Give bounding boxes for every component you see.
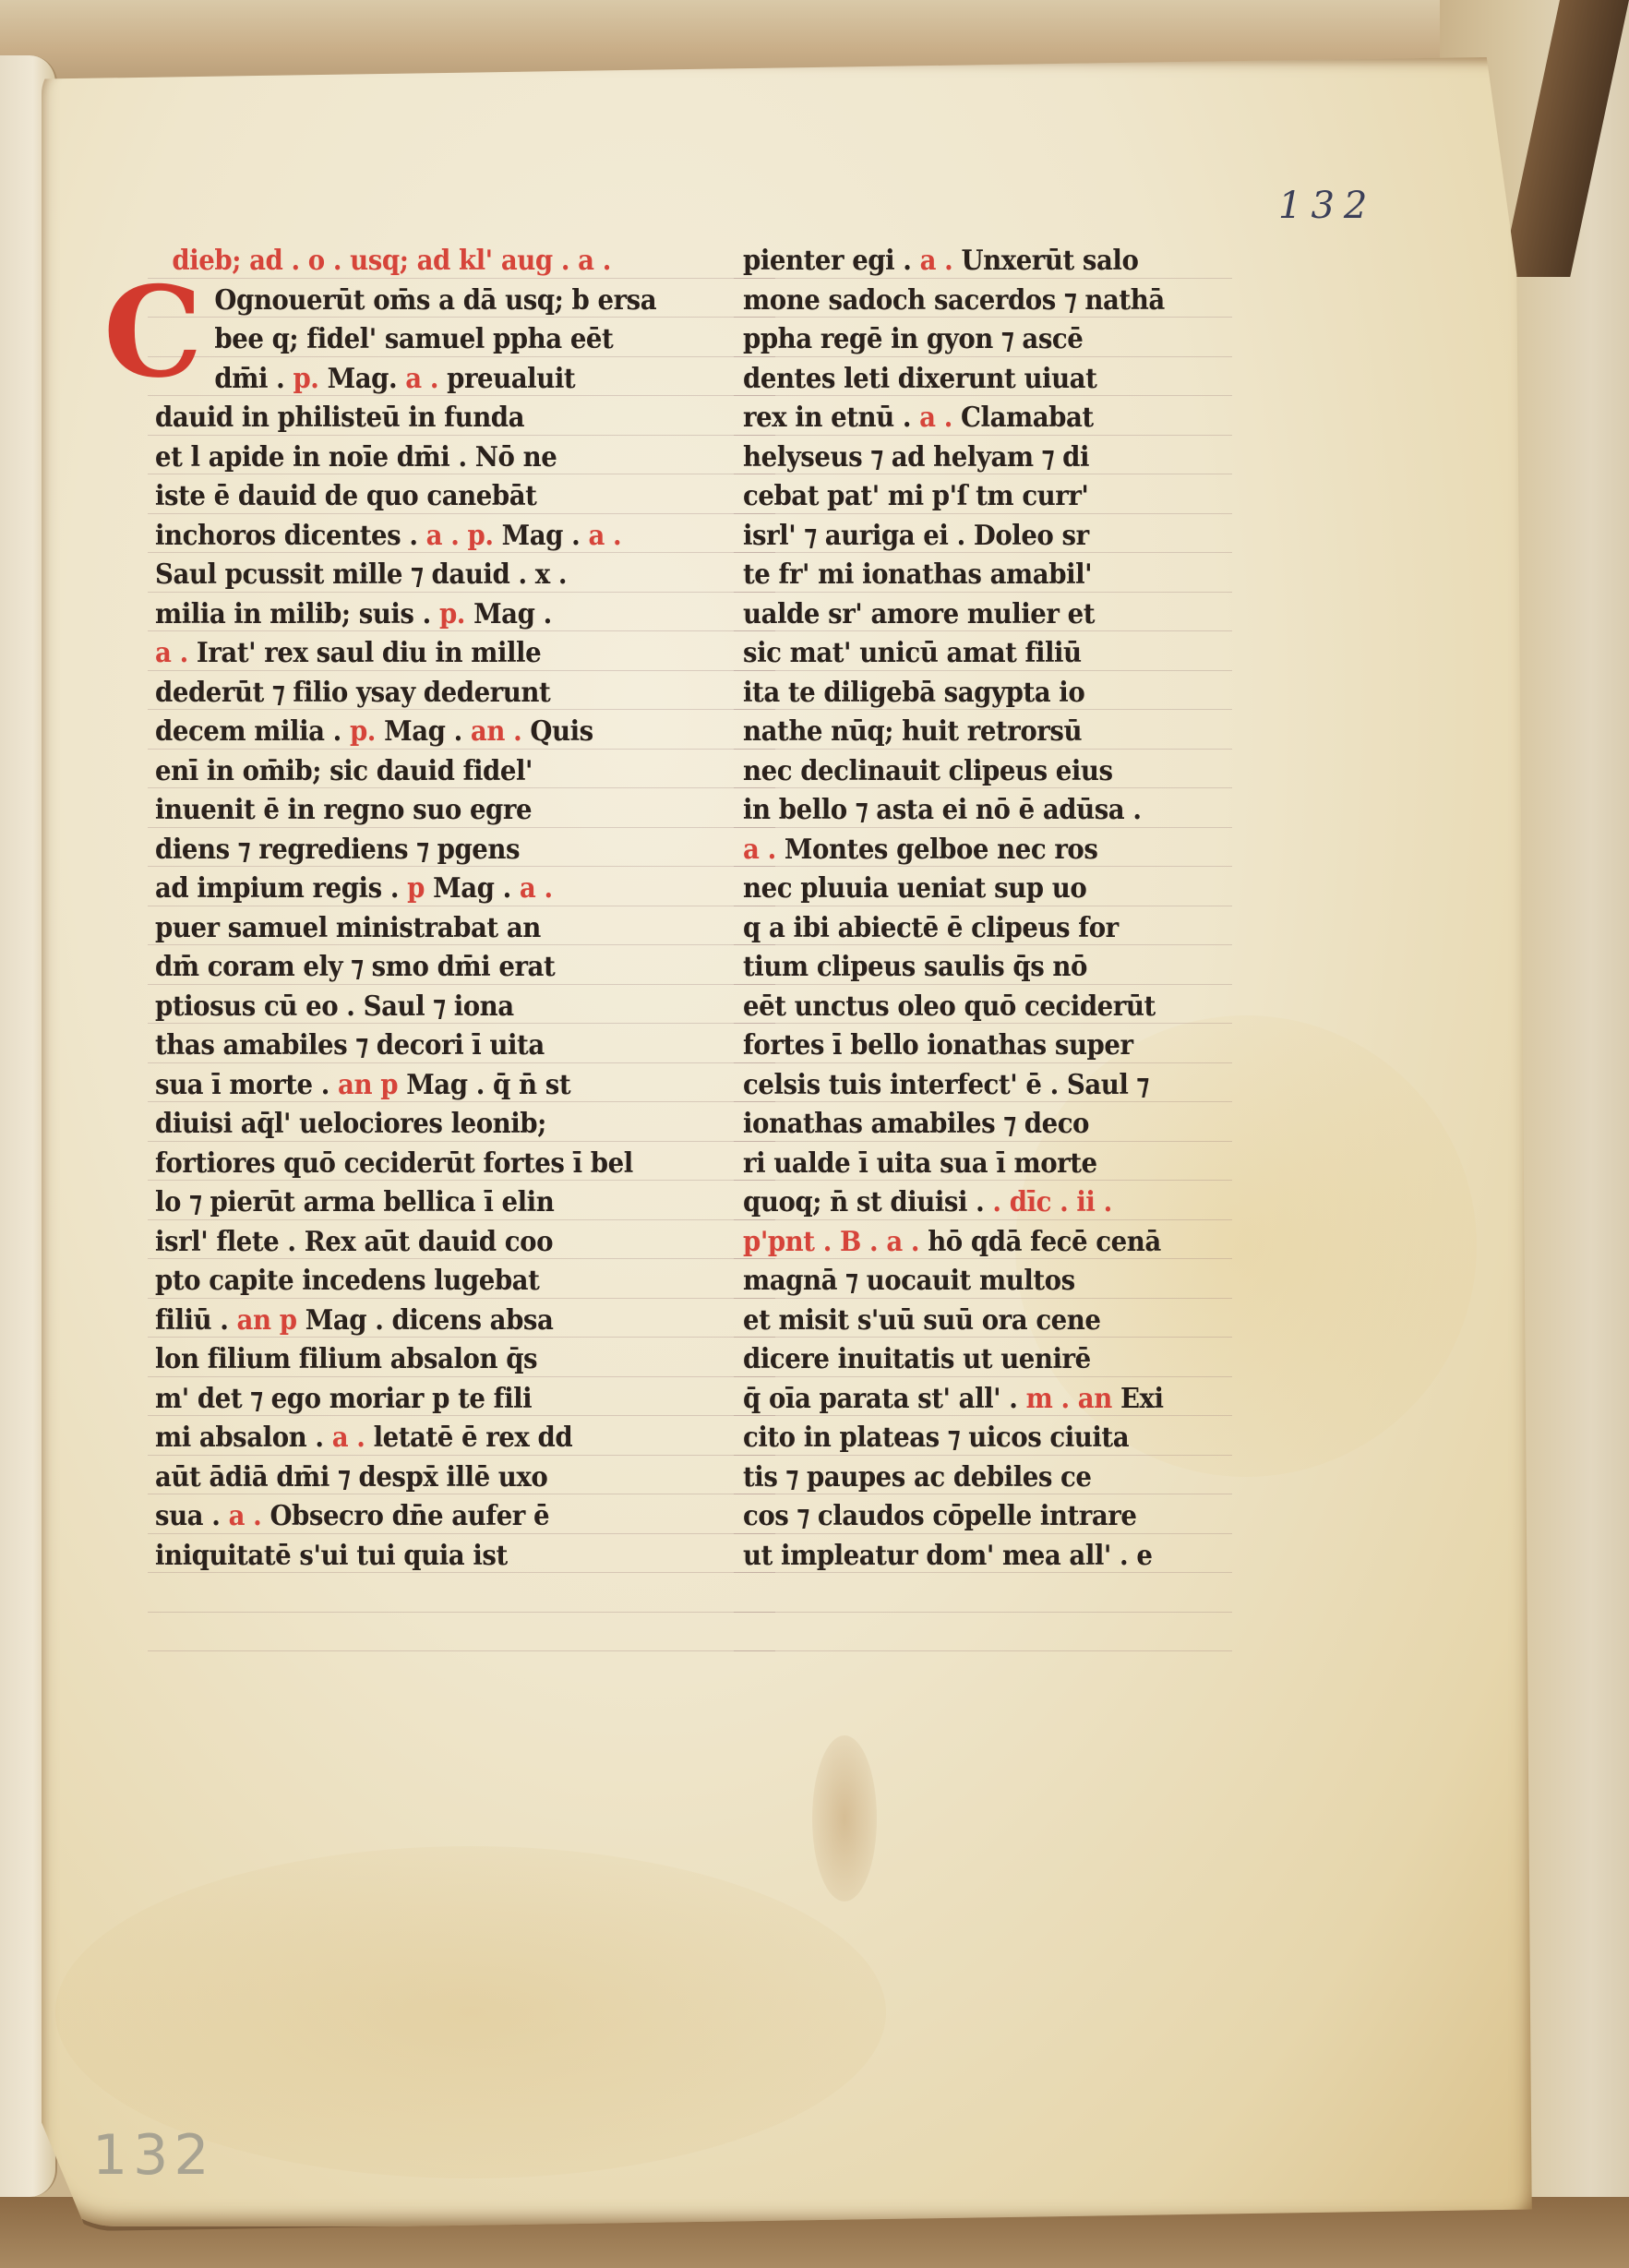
text-line: dentes leti dixerunt uiuat	[743, 360, 1202, 400]
body-text: letatē ē rex dd	[374, 1422, 573, 1454]
text-line: nec declinauit clipeus eius	[743, 752, 1202, 792]
text-line: helyseus ⁊ ad helyam ⁊ di	[743, 438, 1202, 478]
body-text: ad impium regis .	[155, 872, 407, 905]
text-line: eēt unctus oleo quō ceciderūt	[743, 988, 1202, 1027]
text-line: q̄ oīa parata st' all' . m . an Exi	[743, 1380, 1202, 1420]
body-text: dicere inuitatis ut uenirē	[743, 1343, 1091, 1375]
rubric-text: a .	[919, 402, 961, 434]
body-text: bee q; fidel' samuel ppha eēt	[214, 323, 613, 355]
body-text: dm̄i .	[214, 363, 293, 395]
text-line: rex in etnū . a . Clamabat	[743, 399, 1202, 438]
text-line: dauid in philisteū in funda	[155, 399, 715, 438]
rubric-text: an p	[338, 1069, 406, 1101]
text-line: cos ⁊ claudos cōpelle intrare	[743, 1497, 1202, 1537]
text-line: lon filium filium absalon q̄s	[155, 1340, 715, 1380]
body-text: Saul pcussit mille ⁊ dauid . x .	[155, 558, 567, 591]
text-line: magnā ⁊ uocauit multos	[743, 1262, 1202, 1302]
body-text: rex in etnū .	[743, 402, 919, 434]
body-text: fortes ī bello ionathas super	[743, 1029, 1133, 1062]
text-line: decem milia . p. Mag . an . Quis	[155, 713, 715, 752]
body-text: dentes leti dixerunt uiuat	[743, 363, 1096, 395]
text-line: dieb; ad . o . usq; ad kl' aug . a .	[155, 242, 715, 282]
text-line: isrl' ⁊ auriga ei . Doleo sr	[743, 517, 1202, 557]
body-text: et misit s'uū suū ora cene	[743, 1304, 1100, 1337]
text-line: bee q; fidel' samuel ppha eēt	[155, 320, 715, 360]
body-text: eēt unctus oleo quō ceciderūt	[743, 990, 1156, 1023]
ruling-line	[734, 1650, 1232, 1651]
text-line: pto capite incedens lugebat	[155, 1262, 715, 1302]
body-text: in bello ⁊ asta ei nō ē adūsa .	[743, 794, 1142, 826]
rubric-text: a .	[588, 520, 621, 552]
text-line: in bello ⁊ asta ei nō ē adūsa .	[743, 791, 1202, 831]
text-line: ut impleatur dom' mea all' . e	[743, 1537, 1202, 1577]
body-text: iste ē dauid de quo canebāt	[155, 480, 536, 512]
text-line: Ognouerūt om̄s a dā usq; b ersa	[155, 282, 715, 321]
body-text: q̄ oīa parata st' all' .	[743, 1383, 1026, 1415]
text-line: nathe nūq; huit retrorsū	[743, 713, 1202, 752]
body-text: inchoros dicentes .	[155, 520, 426, 552]
body-text: ppha regē in gyon ⁊ ascē	[743, 323, 1083, 355]
text-line: mone sadoch sacerdos ⁊ nathā	[743, 282, 1202, 321]
text-line: inchoros dicentes . a . p. Mag . a .	[155, 517, 715, 557]
text-line: iniquitatē s'ui tui quia ist	[155, 1537, 715, 1577]
body-text: Quis	[530, 715, 593, 748]
body-text: enī in om̄ib; sic dauid fidel'	[155, 755, 533, 787]
body-text: helyseus ⁊ ad helyam ⁊ di	[743, 441, 1089, 474]
body-text: fortiores quō ceciderūt fortes ī bel	[155, 1147, 633, 1180]
body-text: Obsecro dn̄e aufer ē	[270, 1500, 549, 1532]
rubric-text: a . p.	[426, 520, 502, 552]
text-line: ri ualde ī uita sua ī morte	[743, 1145, 1202, 1184]
text-line: cebat pat' mi p'ſ tm curr'	[743, 477, 1202, 517]
rubric-text: a .	[229, 1500, 270, 1532]
text-line: te fr' mi ionathas amabil'	[743, 556, 1202, 595]
folio-number: 132	[1278, 185, 1376, 227]
rubric-text: a .	[520, 872, 553, 905]
body-text: isrl' flete . Rex aūt dauid coo	[155, 1226, 553, 1258]
body-text: ut impleatur dom' mea all' . e	[743, 1540, 1152, 1572]
body-text: m' det ⁊ ego moriar p te fili	[155, 1383, 532, 1415]
rubric-text: an p	[237, 1304, 305, 1337]
ruling-line	[148, 1612, 775, 1613]
text-column-left: dieb; ad . o . usq; ad kl' aug . a .Ogno…	[155, 242, 764, 1576]
text-line: a . Montes gelboe nec ros	[743, 831, 1202, 870]
text-line: mi absalon . a . letatē ē rex dd	[155, 1419, 715, 1458]
text-line: a . Irat' rex saul diu in mille	[155, 634, 715, 674]
body-text: pto capite incedens lugebat	[155, 1265, 539, 1297]
body-text: Mag . dicens absa	[305, 1304, 554, 1337]
body-text: Montes gelboe nec ros	[785, 834, 1098, 866]
body-text: ita te diligebā sagypta io	[743, 677, 1084, 709]
text-line: thas amabiles ⁊ decori ī uita	[155, 1026, 715, 1066]
body-text: Exi	[1120, 1383, 1164, 1415]
body-text: dederūt ⁊ filio ysay dederunt	[155, 677, 550, 709]
text-line: Saul pcussit mille ⁊ dauid . x .	[155, 556, 715, 595]
body-text: Mag .	[502, 520, 589, 552]
text-line: celsis tuis interfect' ē . Saul ⁊	[743, 1066, 1202, 1106]
text-line: dm̄ coram ely ⁊ smo dm̄i erat	[155, 948, 715, 988]
text-line: diuisi aq̄l' uelociores leonib;	[155, 1105, 715, 1145]
body-text: ualde sr' amore mulier et	[743, 598, 1095, 630]
rubric-text: a .	[743, 834, 785, 866]
body-text: cos ⁊ claudos cōpelle intrare	[743, 1500, 1136, 1532]
body-text: isrl' ⁊ auriga ei . Doleo sr	[743, 520, 1089, 552]
text-line: sua ī morte . an p Mag . q̄ n̄ st	[155, 1066, 715, 1106]
text-line: ptiosus cū eo . Saul ⁊ iona	[155, 988, 715, 1027]
body-text: sic mat' unicū amat filiū	[743, 637, 1082, 669]
body-text: mi absalon .	[155, 1422, 332, 1454]
body-text: decem milia .	[155, 715, 350, 748]
text-line: dederūt ⁊ filio ysay dederunt	[155, 674, 715, 714]
rubric-text: dieb; ad . o . usq; ad kl' aug . a .	[172, 245, 610, 277]
body-text: ri ualde ī uita sua ī morte	[743, 1147, 1097, 1180]
text-line: ualde sr' amore mulier et	[743, 595, 1202, 635]
body-text: quoq; n̄ st diuisi .	[743, 1186, 992, 1218]
text-line: dm̄i . p. Mag. a . preualuit	[155, 360, 715, 400]
rubric-text: p.	[293, 363, 327, 395]
text-line: ad impium regis . p Mag . a .	[155, 870, 715, 909]
body-text: ptiosus cū eo . Saul ⁊ iona	[155, 990, 514, 1023]
body-text: cito in plateas ⁊ uicos ciuita	[743, 1422, 1129, 1454]
rubric-text: . dīc . ii .	[992, 1186, 1111, 1218]
rubric-text: a .	[405, 363, 447, 395]
rubric-text: m . an	[1026, 1383, 1120, 1415]
body-text: magnā ⁊ uocauit multos	[743, 1265, 1075, 1297]
text-line: enī in om̄ib; sic dauid fidel'	[155, 752, 715, 792]
text-line: aūt ādiā dm̄i ⁊ despx̄ illē uxo	[155, 1458, 715, 1498]
body-text: sua ī morte .	[155, 1069, 338, 1101]
rubric-text: p	[407, 872, 433, 905]
text-line: diens ⁊ regrediens ⁊ pgens	[155, 831, 715, 870]
text-line: tis ⁊ paupes ac debiles ce	[743, 1458, 1202, 1498]
body-text: Mag .	[473, 598, 552, 630]
body-text: inuenit ē in regno suo egre	[155, 794, 532, 826]
body-text: Ognouerūt om̄s a dā usq; b ersa	[214, 284, 656, 317]
ruling-line	[148, 1650, 775, 1651]
body-text: Mag .	[384, 715, 471, 748]
body-text: nathe nūq; huit retrorsū	[743, 715, 1082, 748]
folio-number-faint: 132	[92, 2123, 215, 2188]
text-line: quoq; n̄ st diuisi . . dīc . ii .	[743, 1183, 1202, 1223]
rubric-text: p.	[439, 598, 473, 630]
body-text: Mag .	[433, 872, 520, 905]
body-text: tium clipeus saulis q̄s nō	[743, 951, 1087, 983]
body-text: Irat' rex saul diu in mille	[197, 637, 541, 669]
body-text: ionathas amabiles ⁊ deco	[743, 1108, 1089, 1140]
text-column-right: pienter egi . a . Unxerūt salomone sadoc…	[743, 242, 1241, 1576]
body-text: mone sadoch sacerdos ⁊ nathā	[743, 284, 1165, 317]
text-line: ita te diligebā sagypta io	[743, 674, 1202, 714]
text-line: fortes ī bello ionathas super	[743, 1026, 1202, 1066]
body-text: preualuit	[447, 363, 575, 395]
text-line: filiū . an p Mag . dicens absa	[155, 1302, 715, 1341]
text-line: nec pluuia ueniat sup uo	[743, 870, 1202, 909]
body-text: nec pluuia ueniat sup uo	[743, 872, 1086, 905]
text-line: et misit s'uū suū ora cene	[743, 1302, 1202, 1341]
body-text: iniquitatē s'ui tui quia ist	[155, 1540, 508, 1572]
text-line: inuenit ē in regno suo egre	[155, 791, 715, 831]
body-text: Clamabat	[961, 402, 1094, 434]
text-line: dicere inuitatis ut uenirē	[743, 1340, 1202, 1380]
text-line: ionathas amabiles ⁊ deco	[743, 1105, 1202, 1145]
text-line: iste ē dauid de quo canebāt	[155, 477, 715, 517]
body-text: Mag . q̄ n̄ st	[406, 1069, 570, 1101]
text-line: tium clipeus saulis q̄s nō	[743, 948, 1202, 988]
body-text: hō qdā fecē cenā	[928, 1226, 1161, 1258]
text-line: isrl' flete . Rex aūt dauid coo	[155, 1223, 715, 1263]
ruling-line	[734, 1612, 1232, 1613]
text-line: sua . a . Obsecro dn̄e aufer ē	[155, 1497, 715, 1537]
rubric-text: p'pnt . B . a .	[743, 1226, 928, 1258]
body-text: nec declinauit clipeus eius	[743, 755, 1113, 787]
body-text: celsis tuis interfect' ē . Saul ⁊	[743, 1069, 1149, 1101]
body-text: Mag.	[328, 363, 406, 395]
rubric-text: a .	[332, 1422, 374, 1454]
text-line: ppha regē in gyon ⁊ ascē	[743, 320, 1202, 360]
text-line: milia in milib; suis . p. Mag .	[155, 595, 715, 635]
rubric-text: a .	[155, 637, 197, 669]
body-text: diuisi aq̄l' uelociores leonib;	[155, 1108, 546, 1140]
rubric-text: p.	[350, 715, 384, 748]
text-line: cito in plateas ⁊ uicos ciuita	[743, 1419, 1202, 1458]
body-text: sua .	[155, 1500, 229, 1532]
body-text: diens ⁊ regrediens ⁊ pgens	[155, 834, 520, 866]
body-text: q a ibi abiectē ē clipeus for	[743, 912, 1119, 944]
text-line: sic mat' unicū amat filiū	[743, 634, 1202, 674]
body-text: Unxerūt salo	[961, 245, 1138, 277]
body-text: pienter egi .	[743, 245, 920, 277]
body-text: lo ⁊ pierūt arma bellica ī elin	[155, 1186, 554, 1218]
body-text: milia in milib; suis .	[155, 598, 439, 630]
rubric-text: an .	[471, 715, 530, 748]
body-text: te fr' mi ionathas amabil'	[743, 558, 1092, 591]
body-text: puer samuel ministrabat an	[155, 912, 541, 944]
body-text: et l apide in noīe dm̄i . Nō ne	[155, 441, 557, 474]
body-text: dm̄ coram ely ⁊ smo dm̄i erat	[155, 951, 555, 983]
body-text: cebat pat' mi p'ſ tm curr'	[743, 480, 1088, 512]
body-text: dauid in philisteū in funda	[155, 402, 524, 434]
text-line: lo ⁊ pierūt arma bellica ī elin	[155, 1183, 715, 1223]
body-text: tis ⁊ paupes ac debiles ce	[743, 1461, 1092, 1494]
body-text: thas amabiles ⁊ decori ī uita	[155, 1029, 545, 1062]
text-line: puer samuel ministrabat an	[155, 909, 715, 949]
rubric-text: a .	[920, 245, 962, 277]
text-line: q a ibi abiectē ē clipeus for	[743, 909, 1202, 949]
body-text: lon filium filium absalon q̄s	[155, 1343, 537, 1375]
text-line: p'pnt . B . a . hō qdā fecē cenā	[743, 1223, 1202, 1263]
body-text: aūt ādiā dm̄i ⁊ despx̄ illē uxo	[155, 1461, 547, 1494]
text-line: et l apide in noīe dm̄i . Nō ne	[155, 438, 715, 478]
text-line: m' det ⁊ ego moriar p te fili	[155, 1380, 715, 1420]
body-text: filiū .	[155, 1304, 237, 1337]
text-line: pienter egi . a . Unxerūt salo	[743, 242, 1202, 282]
text-line: fortiores quō ceciderūt fortes ī bel	[155, 1145, 715, 1184]
